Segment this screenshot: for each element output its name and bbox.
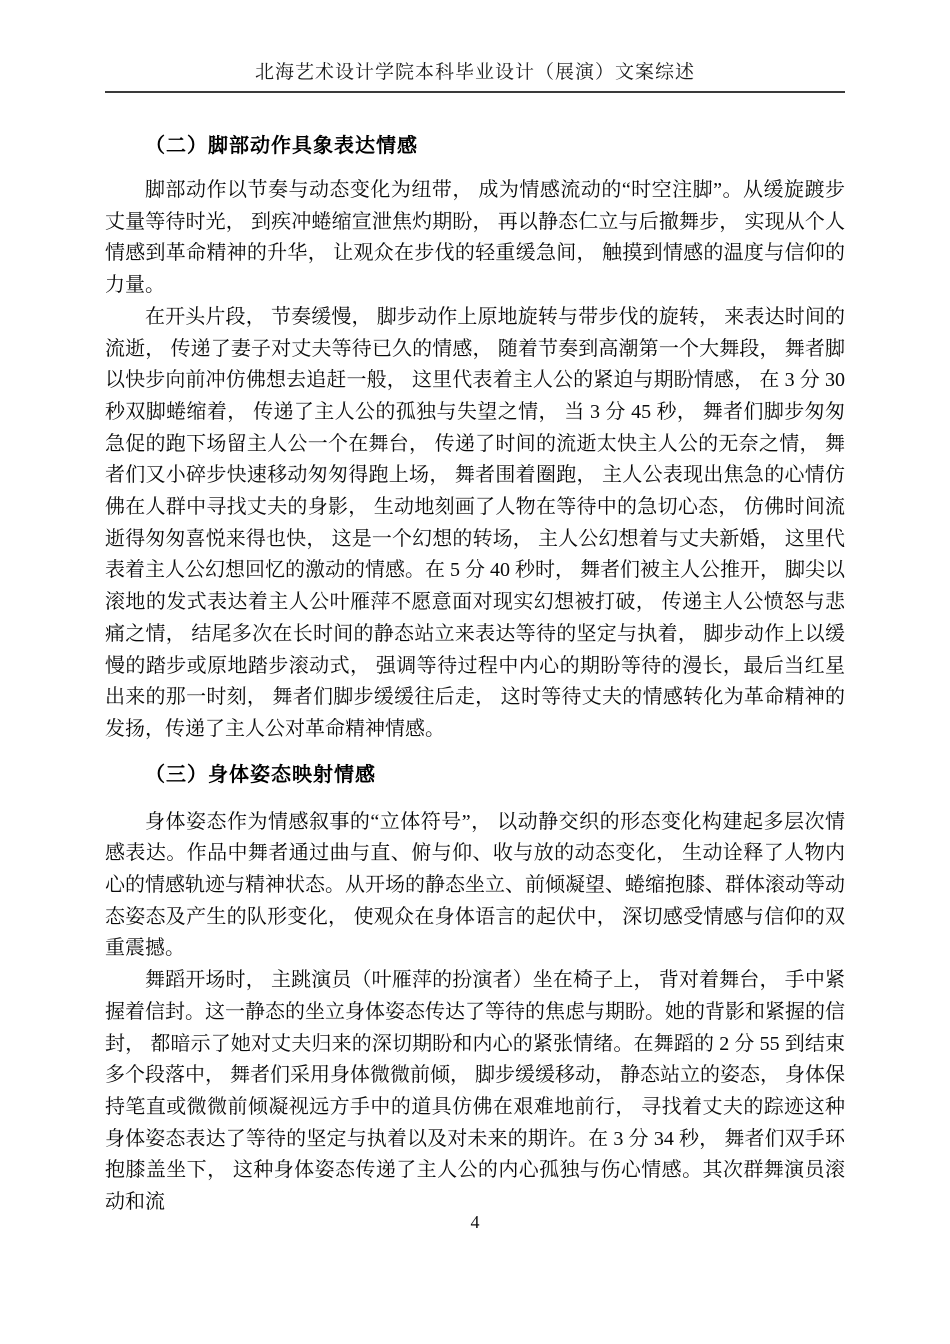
paragraph-foot-movement-analysis: 在开头片段， 节奏缓慢， 脚步动作上原地旋转与带步伐的旋转， 来表达时间的流逝，… bbox=[105, 302, 845, 746]
section-heading-foot-movement: （二）脚部动作具象表达情感 bbox=[105, 133, 845, 159]
page-number: 4 bbox=[471, 1212, 480, 1232]
header-title: 北海艺术设计学院本科毕业设计（展演）文案综述 bbox=[255, 62, 695, 83]
paragraph-body-posture-intro: 身体姿态作为情感叙事的“立体符号”， 以动静交织的形态变化构建起多层次情感表达。… bbox=[105, 807, 845, 966]
section-heading-body-posture: （三）身体姿态映射情感 bbox=[105, 762, 845, 788]
page-footer: 4 bbox=[0, 1210, 950, 1234]
page-header: 北海艺术设计学院本科毕业设计（展演）文案综述 bbox=[105, 60, 845, 93]
document-page: 北海艺术设计学院本科毕业设计（展演）文案综述 （二）脚部动作具象表达情感 脚部动… bbox=[0, 0, 950, 1344]
paragraph-body-posture-analysis: 舞蹈开场时， 主跳演员（叶雁萍的扮演者）坐在椅子上， 背对着舞台， 手中紧握着信… bbox=[105, 965, 845, 1219]
paragraph-foot-movement-intro: 脚部动作以节奏与动态变化为纽带， 成为情感流动的“时空注脚”。从缓旋踱步丈量等待… bbox=[105, 175, 845, 302]
document-body: （二）脚部动作具象表达情感 脚部动作以节奏与动态变化为纽带， 成为情感流动的“时… bbox=[105, 133, 845, 1219]
